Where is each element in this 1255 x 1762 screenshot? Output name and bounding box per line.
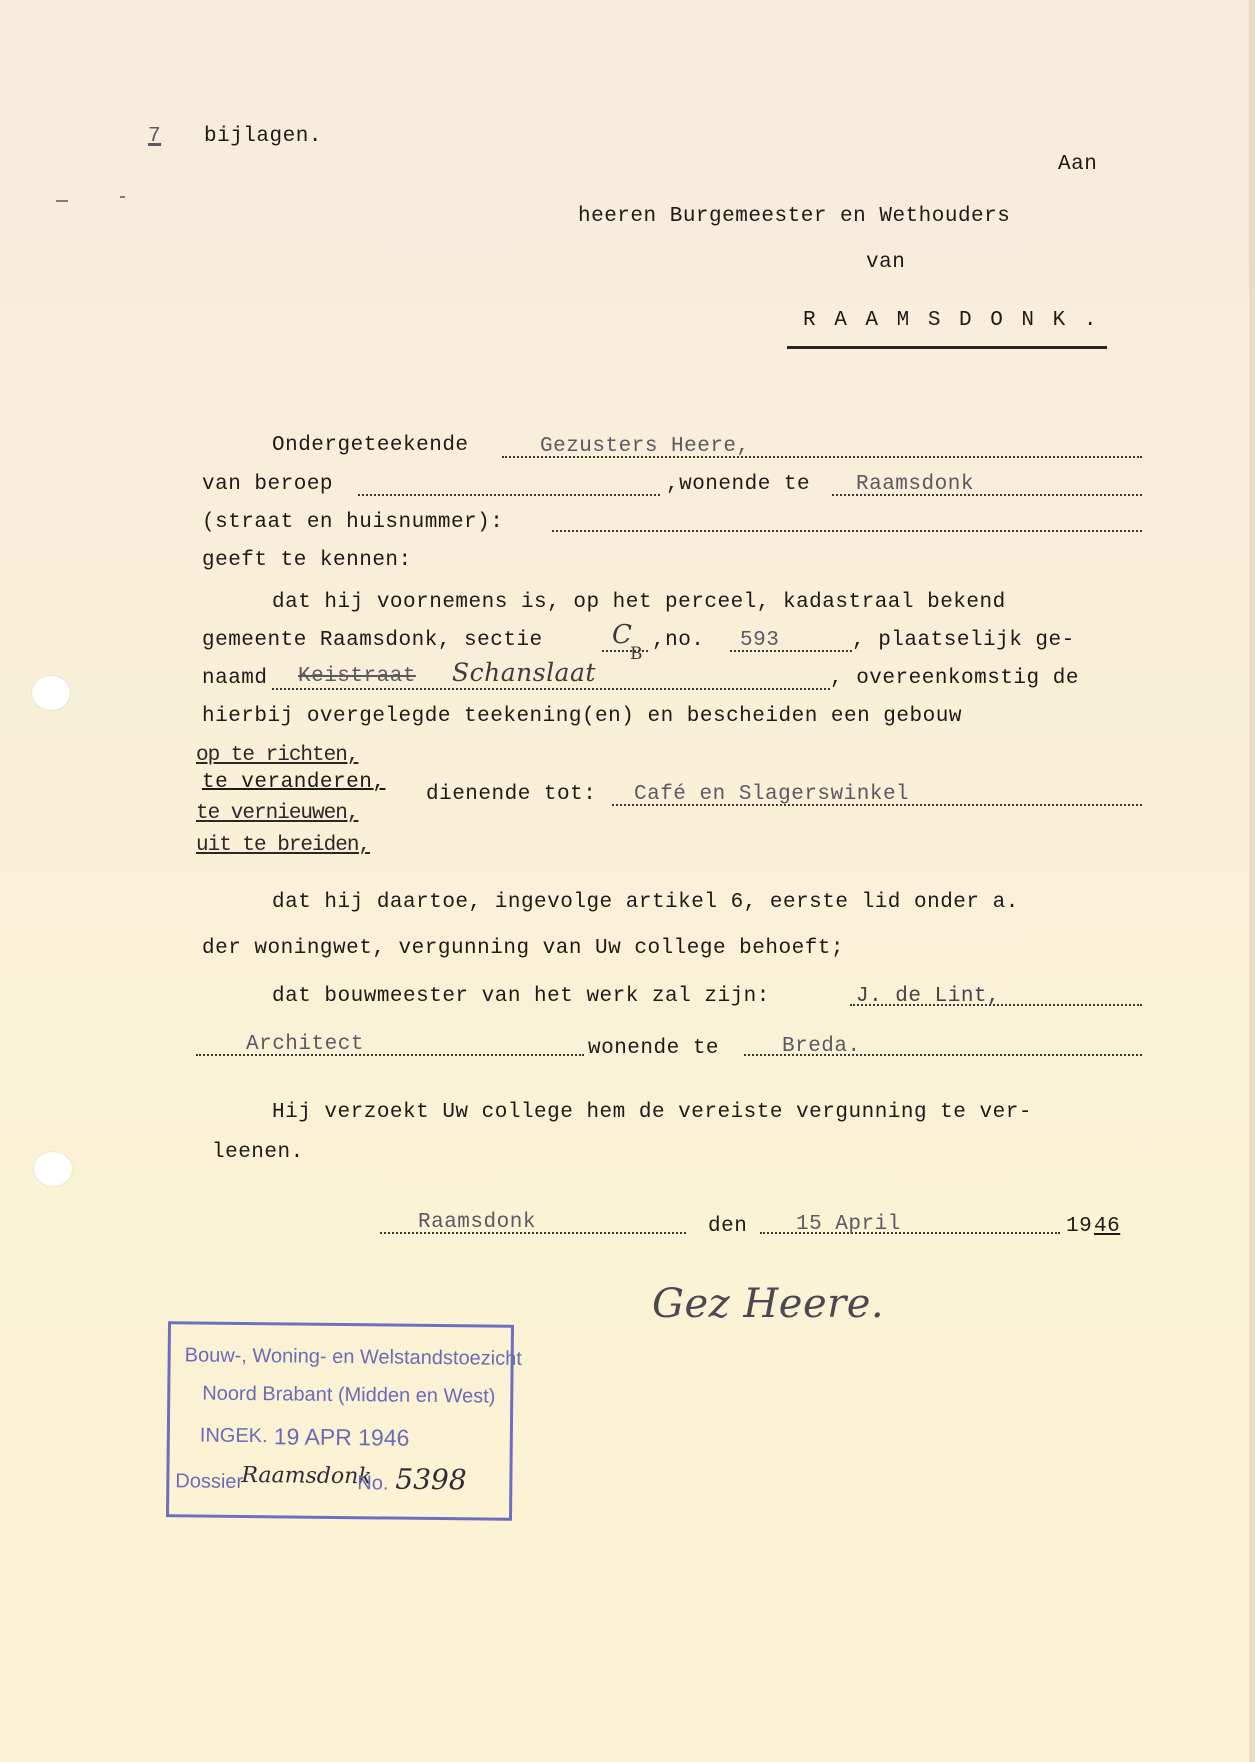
para2-line1: dat hij daartoe, ingevolge artikel 6, ee… [272, 892, 1019, 913]
paper-mark [56, 200, 68, 202]
stamp-line1: Bouw-, Woning- en Welstandstoezicht [185, 1344, 522, 1371]
municipality-underline [787, 346, 1107, 349]
request-line2: leenen. [212, 1142, 304, 1163]
municipality: R A A M S D O N K . [803, 310, 1099, 331]
signature: Gez Heere. [652, 1284, 884, 1324]
punch-hole [34, 1152, 72, 1186]
option-struck-extend: uit te breiden, [196, 834, 370, 857]
punch-hole [32, 676, 70, 710]
para1-line4: hierbij overgelegde teekening(en) en bes… [202, 706, 962, 727]
addressee-line1: Aan [1058, 154, 1097, 175]
declares-label: geeft te kennen: [202, 550, 412, 571]
architect-residence: Breda. [782, 1036, 861, 1057]
attachments-count: 7 [148, 126, 161, 147]
stamp-received-date: 19 APR 1946 [274, 1423, 410, 1451]
street-label: (straat en huisnummer): [202, 512, 503, 533]
residence-label: ,wonende te [666, 474, 810, 495]
purpose-label: dienende tot: [426, 784, 596, 805]
paper-mark [120, 196, 125, 198]
para1-line2-b: ,no. [652, 630, 704, 651]
street-field-line [552, 530, 1142, 532]
para2-line2: der woningwet, vergunning van Uw college… [202, 938, 844, 959]
para1-line1: dat hij voornemens is, op het perceel, k… [272, 592, 1006, 613]
received-stamp: Bouw-, Woning- en Welstandstoezicht Noor… [166, 1321, 514, 1521]
para1-line3-b: , overeenkomstig de [830, 668, 1079, 689]
attachments-label: bijlagen. [204, 126, 322, 147]
closing-place: Raamsdonk [418, 1212, 536, 1233]
purpose-value: Café en Slagerswinkel [634, 784, 909, 805]
option-struck-renew: te vernieuwen, [196, 802, 358, 825]
stamp-dossier-handwritten: Raamsdonk [241, 1463, 372, 1489]
stamp-line2: Noord Brabant (Midden en West) [202, 1383, 495, 1409]
den-label: den [708, 1216, 747, 1237]
stamp-dossier-label: Dossier [175, 1470, 243, 1494]
para3-label: dat bouwmeester van het werk zal zijn: [272, 986, 770, 1007]
closing-date: 15 April [796, 1214, 901, 1235]
stamp-number-label: No. [357, 1472, 388, 1495]
signatory-label: Ondergeteekende [272, 435, 469, 456]
architect-name: J. de Lint, [856, 986, 1000, 1007]
architect-profession: Architect [246, 1034, 364, 1055]
request-line1: Hij verzoekt Uw college hem de vereiste … [272, 1102, 1032, 1123]
parcel-number: 593 [740, 630, 779, 651]
profession-field-line [358, 494, 660, 496]
year-prefix: 19 [1066, 1216, 1092, 1237]
stamp-received-label: INGEK. [200, 1425, 268, 1449]
residence-value: Raamsdonk [856, 474, 974, 495]
architect-residence-label: wonende te [588, 1038, 719, 1059]
para1-line3-a: naamd [202, 668, 268, 689]
year-suffix: 46 [1094, 1216, 1120, 1237]
para1-line2-a: gemeente Raamsdonk, sectie [202, 630, 543, 651]
para1-line2-c: , plaatselijk ge- [852, 630, 1075, 651]
signatory-value: Gezusters Heere, [540, 436, 750, 457]
place-name-struck: Keistraat [298, 666, 416, 687]
addressee-line3: van [866, 252, 905, 273]
option-selected-alter: te veranderen, [202, 772, 385, 793]
option-struck-build: op te richten, [196, 744, 358, 767]
profession-label: van beroep [202, 474, 333, 495]
stamp-number-value: 5398 [395, 1463, 467, 1497]
place-name-field-line [272, 688, 830, 690]
addressee-line2: heeren Burgemeester en Wethouders [578, 206, 1010, 227]
page-edge [1249, 0, 1255, 1762]
place-name-handwritten: Schanslaat [452, 660, 596, 685]
section-correction: B [630, 646, 643, 663]
